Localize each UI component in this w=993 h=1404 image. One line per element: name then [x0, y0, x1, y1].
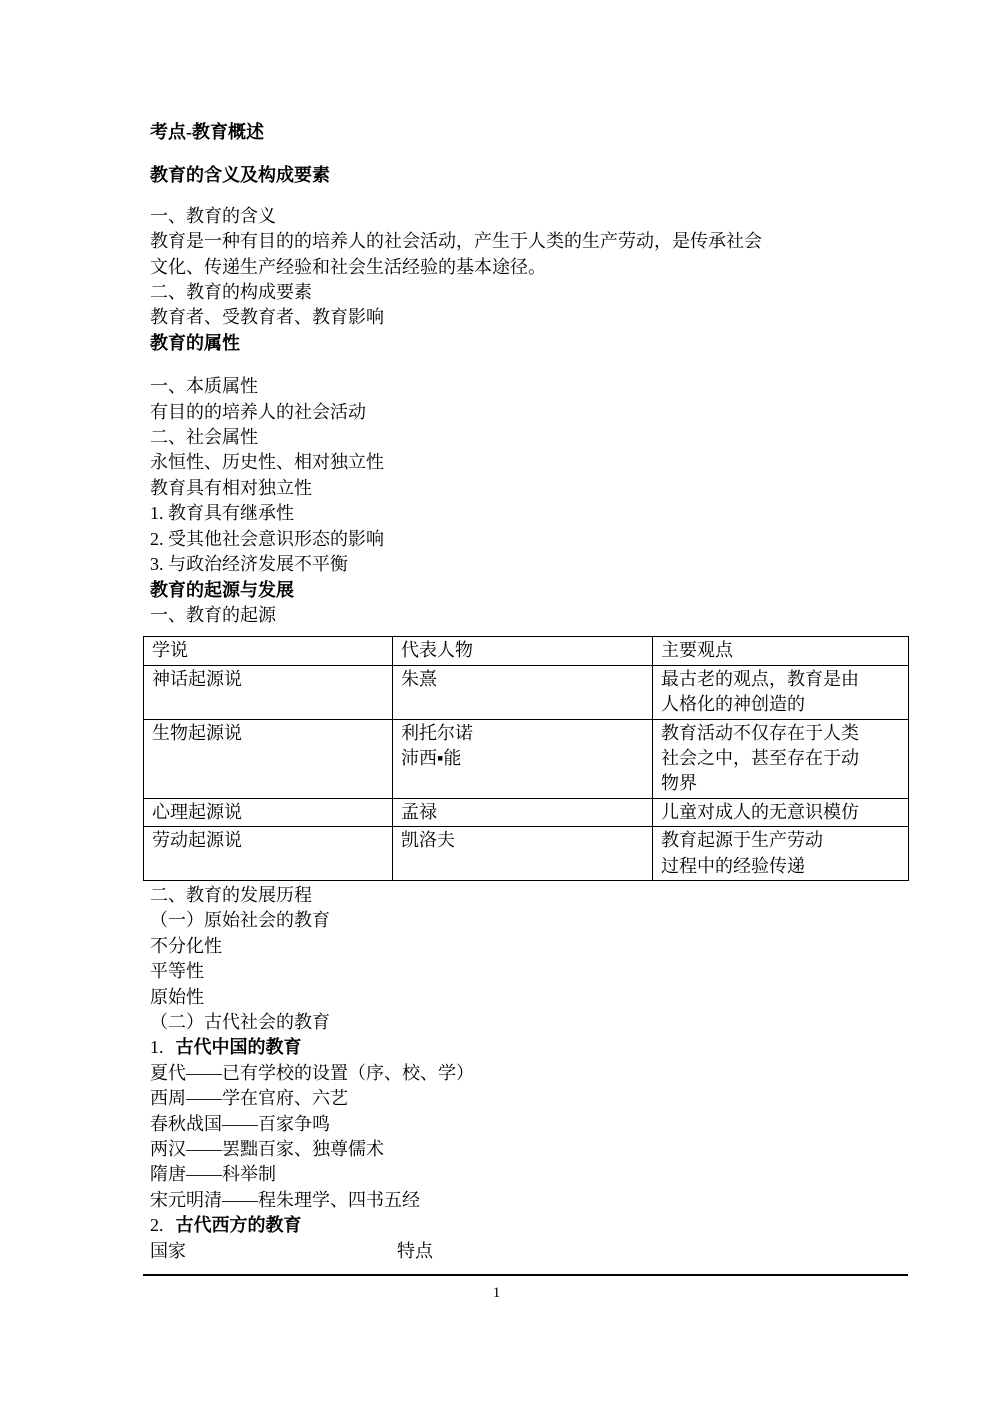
table-cell-viewpoint: 儿童对成人的无意识模仿	[653, 798, 909, 826]
ancient-heading: （二）古代社会的教育	[150, 1010, 930, 1035]
body-line: 两汉——罢黜百家、独尊儒术	[150, 1137, 930, 1162]
body-line: 宋元明清——程朱理学、四书五经	[150, 1188, 930, 1213]
table-cell-theory: 心理起源说	[144, 798, 393, 826]
body-line: 平等性	[150, 959, 930, 984]
body-line: 有目的的培养人的社会活动	[150, 400, 930, 425]
list-number: 2.	[150, 1215, 164, 1235]
west-education-heading: 2.古代西方的教育	[150, 1213, 930, 1238]
origin-table-header-viewpoint: 主要观点	[653, 637, 909, 665]
west-education-title: 古代西方的教育	[176, 1215, 302, 1235]
body-line: 教育具有相对独立性	[150, 476, 930, 501]
body-line: 二、教育的构成要素	[150, 280, 930, 305]
table-cell-figure: 利托尔诺 沛西▪能	[393, 719, 653, 798]
table-row: 神话起源说 朱熹 最古老的观点，教育是由 人格化的神创造的	[144, 665, 909, 719]
body-line: 夏代——已有学校的设置（序、校、学）	[150, 1061, 930, 1086]
body-line: 教育者、受教育者、教育影响	[150, 305, 930, 330]
origin-table: 学说 代表人物 主要观点 神话起源说 朱熹 最古老的观点，教育是由 人格化的神创…	[143, 636, 909, 881]
origin-table-header-theory: 学说	[144, 637, 393, 665]
origin-table-header-figure: 代表人物	[393, 637, 653, 665]
page-number: 1	[0, 1284, 993, 1302]
origin-subheading: 一、教育的起源	[150, 603, 930, 628]
china-education-heading: 1.古代中国的教育	[150, 1035, 930, 1060]
origin-table-header-row: 学说 代表人物 主要观点	[144, 637, 909, 665]
table-row: 劳动起源说 凯洛夫 教育起源于生产劳动 过程中的经验传递	[144, 827, 909, 881]
body-line: 教育是一种有目的的培养人的社会活动，产生于人类的生产劳动，是传承社会	[150, 229, 930, 254]
body-line: 2. 受其他社会意识形态的影响	[150, 527, 930, 552]
body-line: 一、本质属性	[150, 374, 930, 399]
section-heading-meaning: 教育的含义及构成要素	[150, 163, 930, 188]
section-heading-origin: 教育的起源与发展	[150, 578, 930, 603]
list-number: 1.	[150, 1037, 164, 1057]
body-line: 一、教育的含义	[150, 204, 930, 229]
body-line: 1. 教育具有继承性	[150, 501, 930, 526]
next-table-header-row: 国家特点	[150, 1239, 930, 1264]
body-line: 原始性	[150, 985, 930, 1010]
table-cell-theory: 神话起源说	[144, 665, 393, 719]
table-cell-figure: 孟禄	[393, 798, 653, 826]
body-line: 3. 与政治经济发展不平衡	[150, 552, 930, 577]
section-heading-attributes: 教育的属性	[150, 331, 930, 356]
table-cell-figure: 凯洛夫	[393, 827, 653, 881]
table-row: 生物起源说 利托尔诺 沛西▪能 教育活动不仅存在于人类 社会之中，甚至存在于动 …	[144, 719, 909, 798]
body-line: 不分化性	[150, 934, 930, 959]
table-cell-theory: 劳动起源说	[144, 827, 393, 881]
table-cell-viewpoint: 教育起源于生产劳动 过程中的经验传递	[653, 827, 909, 881]
document-content: 考点-教育概述 教育的含义及构成要素 一、教育的含义 教育是一种有目的的培养人的…	[150, 120, 930, 1285]
table-cell-figure: 朱熹	[393, 665, 653, 719]
page-title: 考点-教育概述	[150, 120, 930, 145]
table-cell-viewpoint: 最古老的观点，教育是由 人格化的神创造的	[653, 665, 909, 719]
document-page: 考点-教育概述 教育的含义及构成要素 一、教育的含义 教育是一种有目的的培养人的…	[0, 0, 993, 1404]
table-cell-viewpoint: 教育活动不仅存在于人类 社会之中，甚至存在于动 物界	[653, 719, 909, 798]
body-line: 隋唐——科举制	[150, 1162, 930, 1187]
body-line: 春秋战国——百家争鸣	[150, 1112, 930, 1137]
primitive-heading: （一）原始社会的教育	[150, 908, 930, 933]
china-education-title: 古代中国的教育	[176, 1037, 302, 1057]
body-line: 西周——学在官府、六艺	[150, 1086, 930, 1111]
body-line: 文化、传递生产经验和社会生活经验的基本途径。	[150, 255, 930, 280]
table-row: 心理起源说 孟禄 儿童对成人的无意识模仿	[144, 798, 909, 826]
next-table-header-feature: 特点	[397, 1241, 433, 1261]
body-line: 二、社会属性	[150, 425, 930, 450]
next-table-header-country: 国家	[150, 1241, 186, 1261]
development-heading: 二、教育的发展历程	[150, 883, 930, 908]
table-cell-theory: 生物起源说	[144, 719, 393, 798]
next-table-top-border	[143, 1274, 908, 1276]
body-line: 永恒性、历史性、相对独立性	[150, 450, 930, 475]
